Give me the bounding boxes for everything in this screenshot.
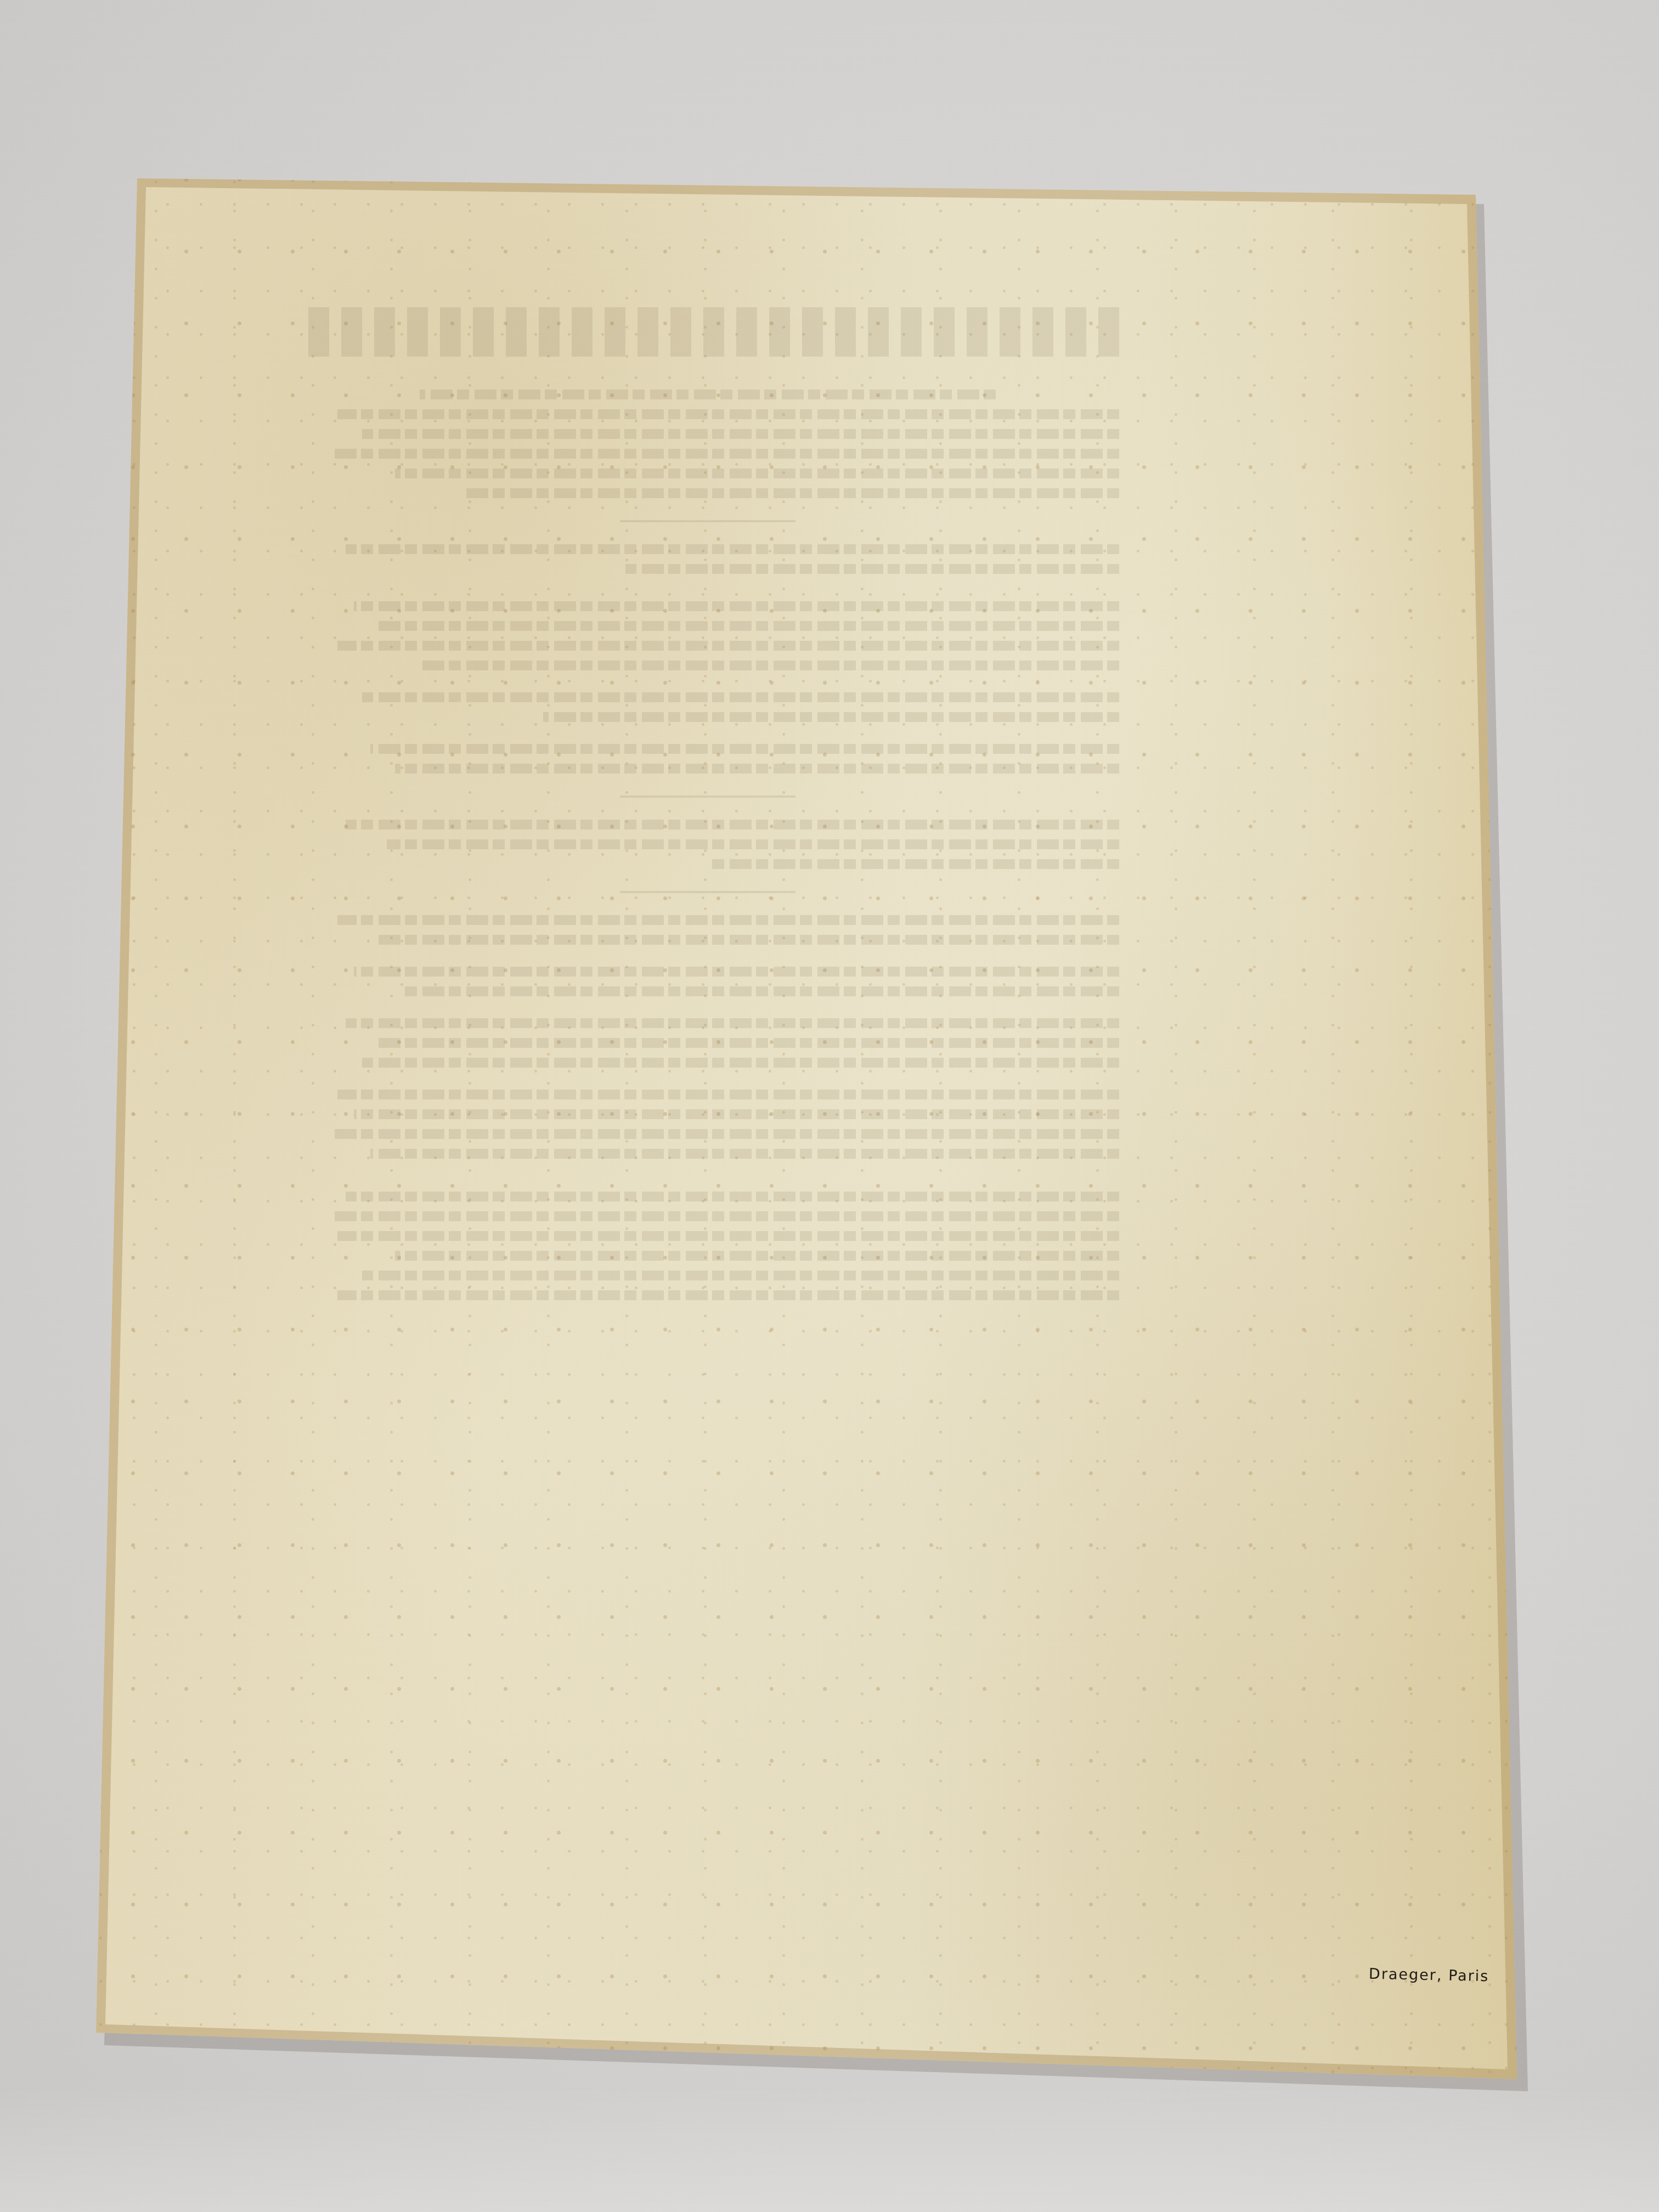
surface-glare bbox=[0, 2085, 1659, 2212]
printer-imprint: Draeger, Paris bbox=[1369, 1966, 1489, 1985]
paper-foxing-texture bbox=[0, 0, 1659, 2212]
